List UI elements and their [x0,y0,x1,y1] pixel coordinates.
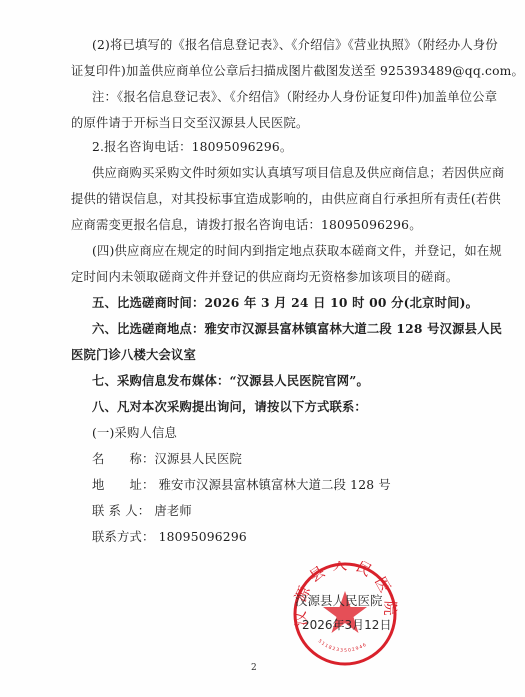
phone-label: 联系方式： [92,529,155,545]
purchaser-phone-row: 联系方式： 18095096296 [92,529,247,545]
paragraph-line: 提供的错误信息，对其投标事宜造成影响的，由供应商自行承担所有责任(若供 [71,191,501,207]
address-label: 地 址： [92,477,155,493]
seal-org-text: 汉源县人民医院 [295,591,383,609]
purchaser-heading: (一)采购人信息 [92,425,177,441]
section-six-cont: 医院门诊八楼大会议室 [71,347,196,363]
phone-value: 18095096296 [159,530,247,544]
page-number: 2 [251,663,257,673]
paragraph-line: 定时间内未领取磋商文件并登记的供应商均无资格参加该项目的磋商。 [71,269,458,285]
seal-date-text: 2026年3月12日 [302,616,391,633]
paragraph-line: 的原件请于开标当日交至汉源县人民医院。 [71,115,308,131]
section-eight: 八、凡对本次采购提出询问，请按以下方式联系： [92,399,367,415]
name-label: 名 称： [92,451,155,467]
contact-value: 唐老师 [154,504,192,518]
official-seal: 汉源县人民医院 5118233502946 汉源县人民医院 2026年3月12日 [292,561,398,667]
section-six: 六、比选磋商地点：雅安市汉源县富林镇富林大道二段 128 号汉源县人民 [92,321,502,337]
name-value: 汉源县人民医院 [155,452,242,466]
paragraph-line: 注：《报名信息登记表》、《介绍信》（附经办人身份证复印件)加盖单位公章 [92,89,497,105]
contact-label: 联 系 人： [92,503,150,519]
address-value: 雅安市汉源县富林镇富林大道二段 128 号 [159,478,391,492]
paragraph-line: 应商需变更报名信息，请拨打报名咨询电话：18095096296。 [71,217,422,233]
paragraph-line: (2)将已填写的《报名信息登记表》、《介绍信》《营业执照》（附经办人身份 [92,37,498,53]
purchaser-address-row: 地 址： 雅安市汉源县富林镇富林大道二段 128 号 [92,477,391,493]
paragraph-line: 2.报名咨询电话：18095096296。 [92,139,292,155]
document-page: (2)将已填写的《报名信息登记表》、《介绍信》《营业执照》（附经办人身份 证复印… [0,0,525,697]
paragraph-line: 供应商购买采购文件时须如实认真填写项目信息及供应商信息；若因供应商 [92,165,504,181]
seal-stamp-icon: 汉源县人民医院 5118233502946 [292,561,398,667]
paragraph-line: (四)供应商应在规定的时间内到指定地点获取本磋商文件，并登记，如在规 [92,243,502,259]
svg-text:5118233502946: 5118233502946 [317,638,369,653]
section-five: 五、比选磋商时间：2026 年 3 月 24 日 10 时 00 分(北京时间)… [92,295,478,311]
section-seven: 七、采购信息发布媒体：“汉源县人民医院官网”。 [92,373,369,389]
paragraph-line: 证复印件)加盖供应商单位公章后扫描成图片截图发送至 925393489@qq.c… [71,63,524,79]
purchaser-name-row: 名 称：汉源县人民医院 [92,451,242,467]
purchaser-contact-row: 联 系 人： 唐老师 [92,503,192,519]
